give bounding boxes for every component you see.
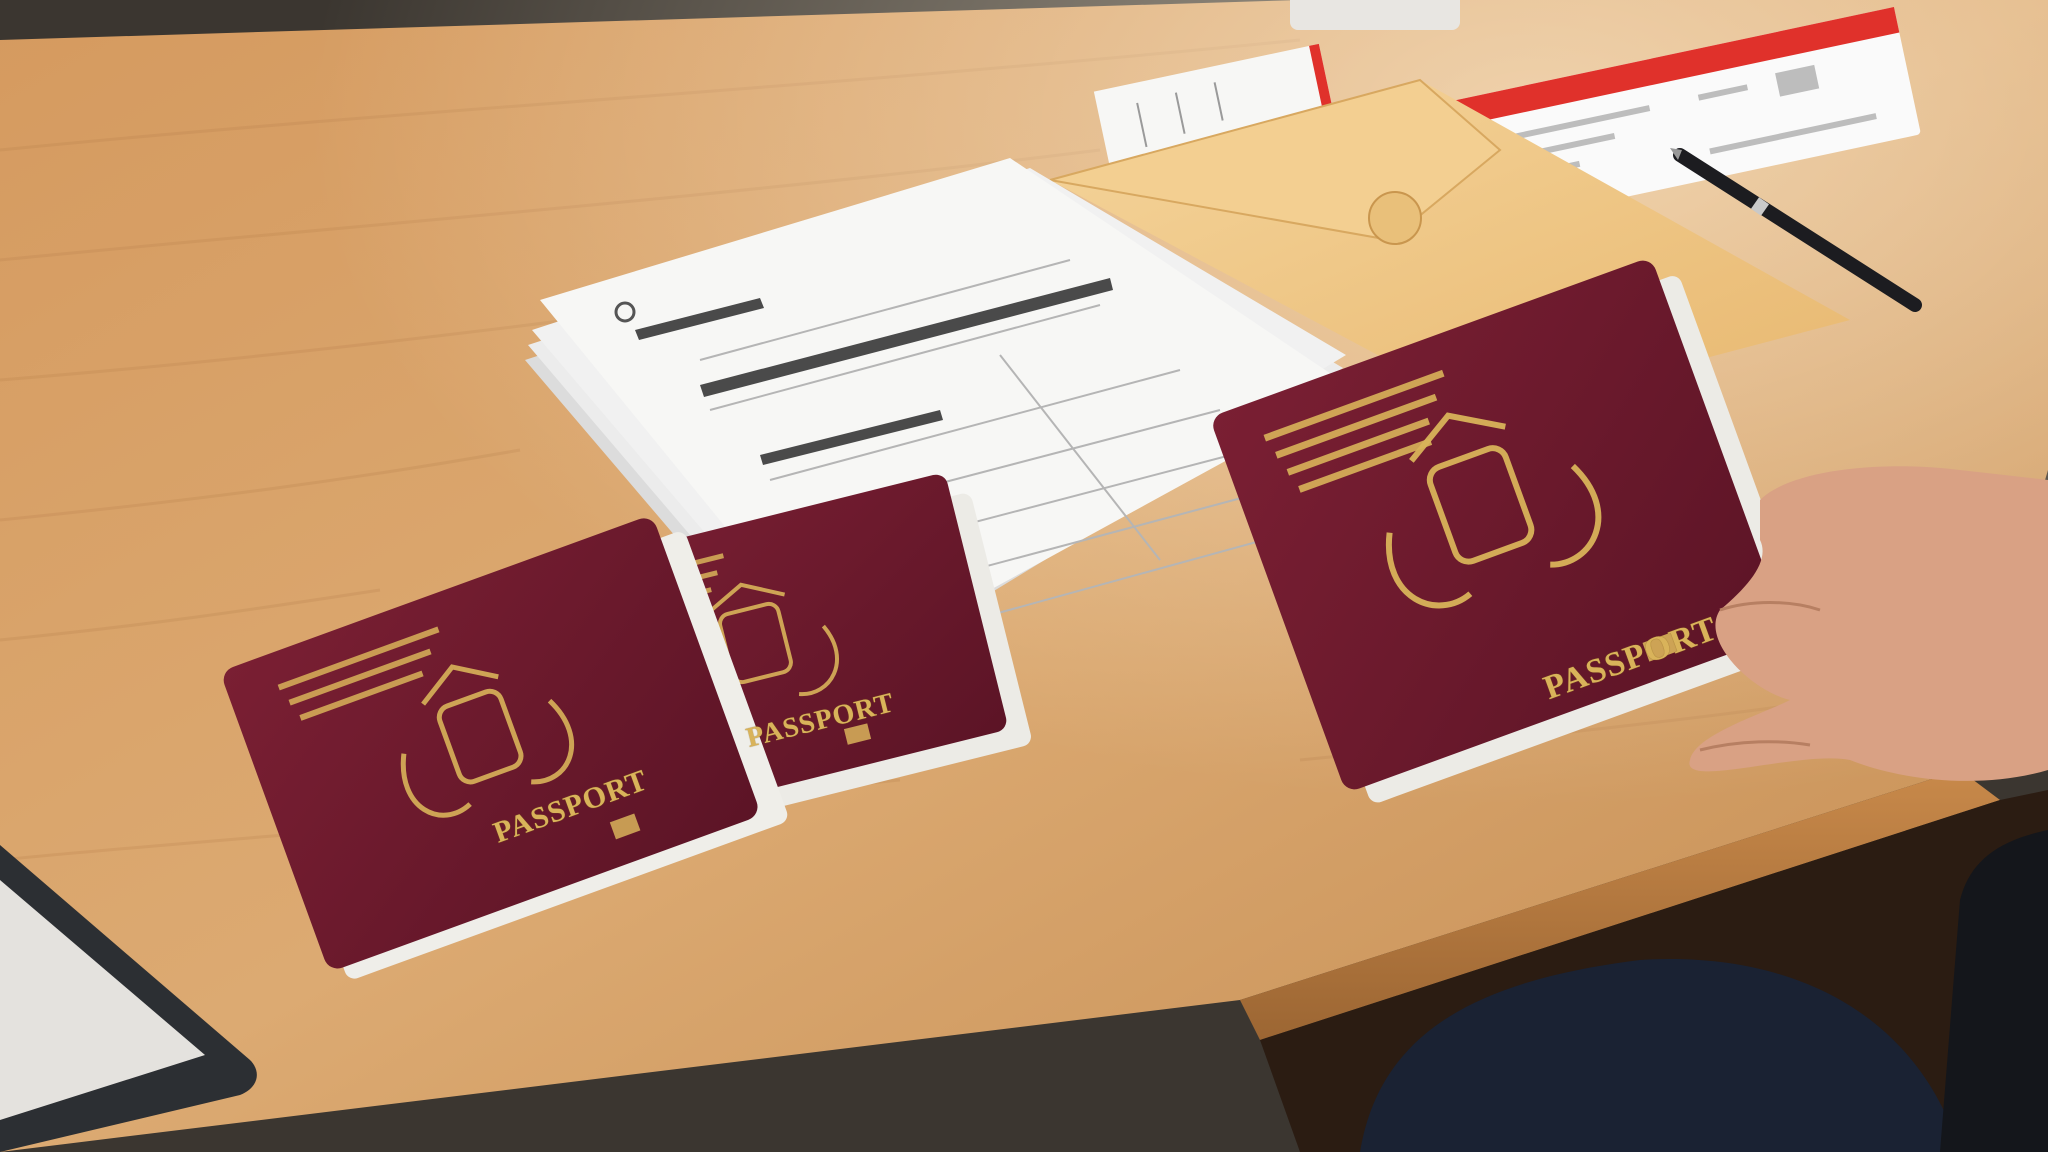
desk-scene	[0, 0, 2048, 1152]
